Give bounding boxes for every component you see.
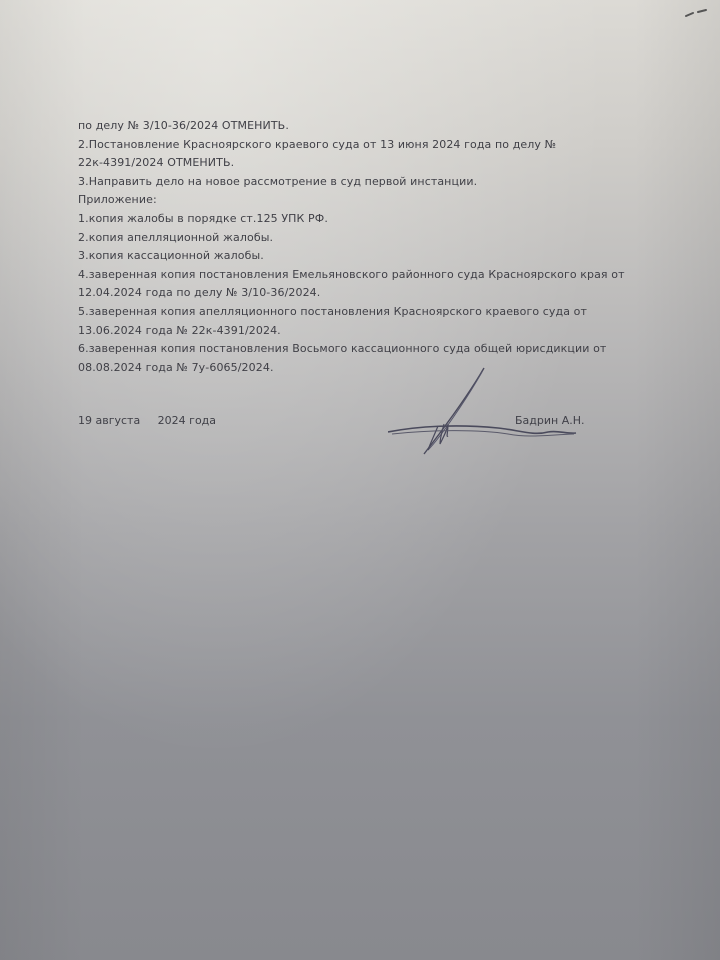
attachment-item-2: 2.копия апелляционной жалобы.	[78, 229, 658, 248]
signature-date: 19 августа 2024 года	[78, 414, 216, 427]
attachment-item-5-cont: 13.06.2024 года № 22к-4391/2024.	[78, 322, 658, 341]
attachment-item-1: 1.копия жалобы в порядке ст.125 УПК РФ.	[78, 210, 658, 229]
attachment-item-4: 4.заверенная копия постановления Емельян…	[78, 266, 658, 285]
resolution-line-2: 2.Постановление Красноярского краевого с…	[78, 136, 658, 155]
signatory-name: Бадрин А.Н.	[515, 414, 585, 427]
signature-block: 19 августа 2024 года Бадрин А.Н.	[78, 414, 638, 434]
document-body: по делу № 3/10-36/2024 ОТМЕНИТЬ. 2.Поста…	[78, 117, 658, 377]
attachments-heading: Приложение:	[78, 191, 658, 210]
attachment-item-6: 6.заверенная копия постановления Восьмог…	[78, 340, 658, 359]
resolution-line-4: 3.Направить дело на новое рассмотрение в…	[78, 173, 658, 192]
attachment-item-3: 3.копия кассационной жалобы.	[78, 247, 658, 266]
resolution-line-1: по делу № 3/10-36/2024 ОТМЕНИТЬ.	[78, 117, 658, 136]
resolution-line-3: 22к-4391/2024 ОТМЕНИТЬ.	[78, 154, 658, 173]
attachment-item-5: 5.заверенная копия апелляционного постан…	[78, 303, 658, 322]
pen-mark-icon	[684, 8, 714, 18]
attachment-item-4-cont: 12.04.2024 года по делу № 3/10-36/2024.	[78, 284, 658, 303]
